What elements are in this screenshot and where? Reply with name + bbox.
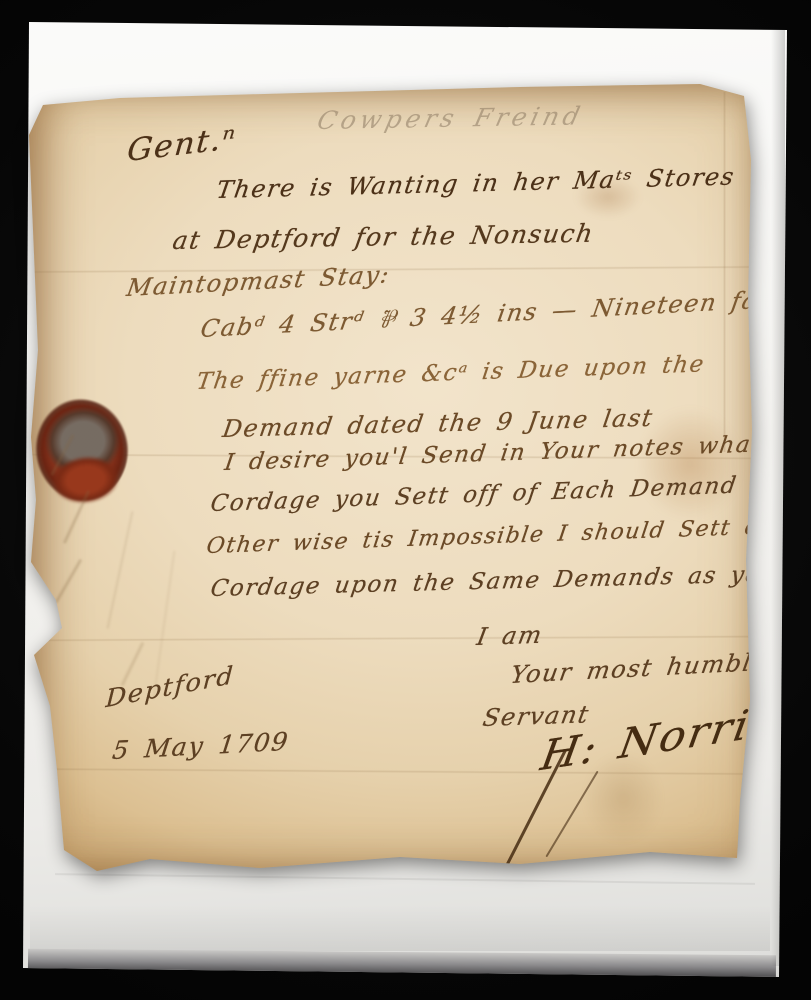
letter-line: Cabᵈ 4 Strᵈ ⅌ 3 4½ ins — Nineteen faᵐ [199,287,776,341]
mat-bottom-shadow [30,905,770,951]
paper-stain [638,408,742,520]
mat-bottom-edge [28,949,776,978]
salutation-line: Gent.ⁿ [126,123,238,167]
ink-bleed-through [55,559,83,604]
photograph-backdrop: Cowpers Freind Gent.ⁿ There is Wanting i… [0,0,811,1000]
red-wax-seal [29,393,135,508]
letter-line: Other wise tis Impossible I should Sett … [205,514,811,558]
mat-right-shade [771,28,785,966]
closing-line: I am [475,623,545,649]
closing-line: Servant [481,702,592,730]
place-line: Deptford [105,663,235,711]
letter-line: There is Wanting in her Maᵗˢ Stores [215,165,737,202]
letter-line: Maintopmast Stay: [125,262,392,300]
letter-line: Demand dated the 9 June last [221,406,655,441]
letter-line: Cordage upon the Same Demands as you doe [209,562,811,601]
pencil-docket: Cowpers Freind [315,103,586,133]
fold-crease-vertical [723,92,726,452]
letter-paper: Cowpers Freind Gent.ⁿ There is Wanting i… [23,80,760,880]
fold-crease [27,635,754,642]
date-line: 5 May 1709 [111,729,291,763]
closing-line: Your most humble [509,650,770,687]
letter-line: The ffine yarne &cᵃ is Due upon the [195,353,706,394]
letter-line: at Deptford for the Nonsuch [171,221,596,253]
letter-paper-wrapper: Cowpers Freind Gent.ⁿ There is Wanting i… [23,80,760,880]
ink-bleed-through [107,511,134,629]
